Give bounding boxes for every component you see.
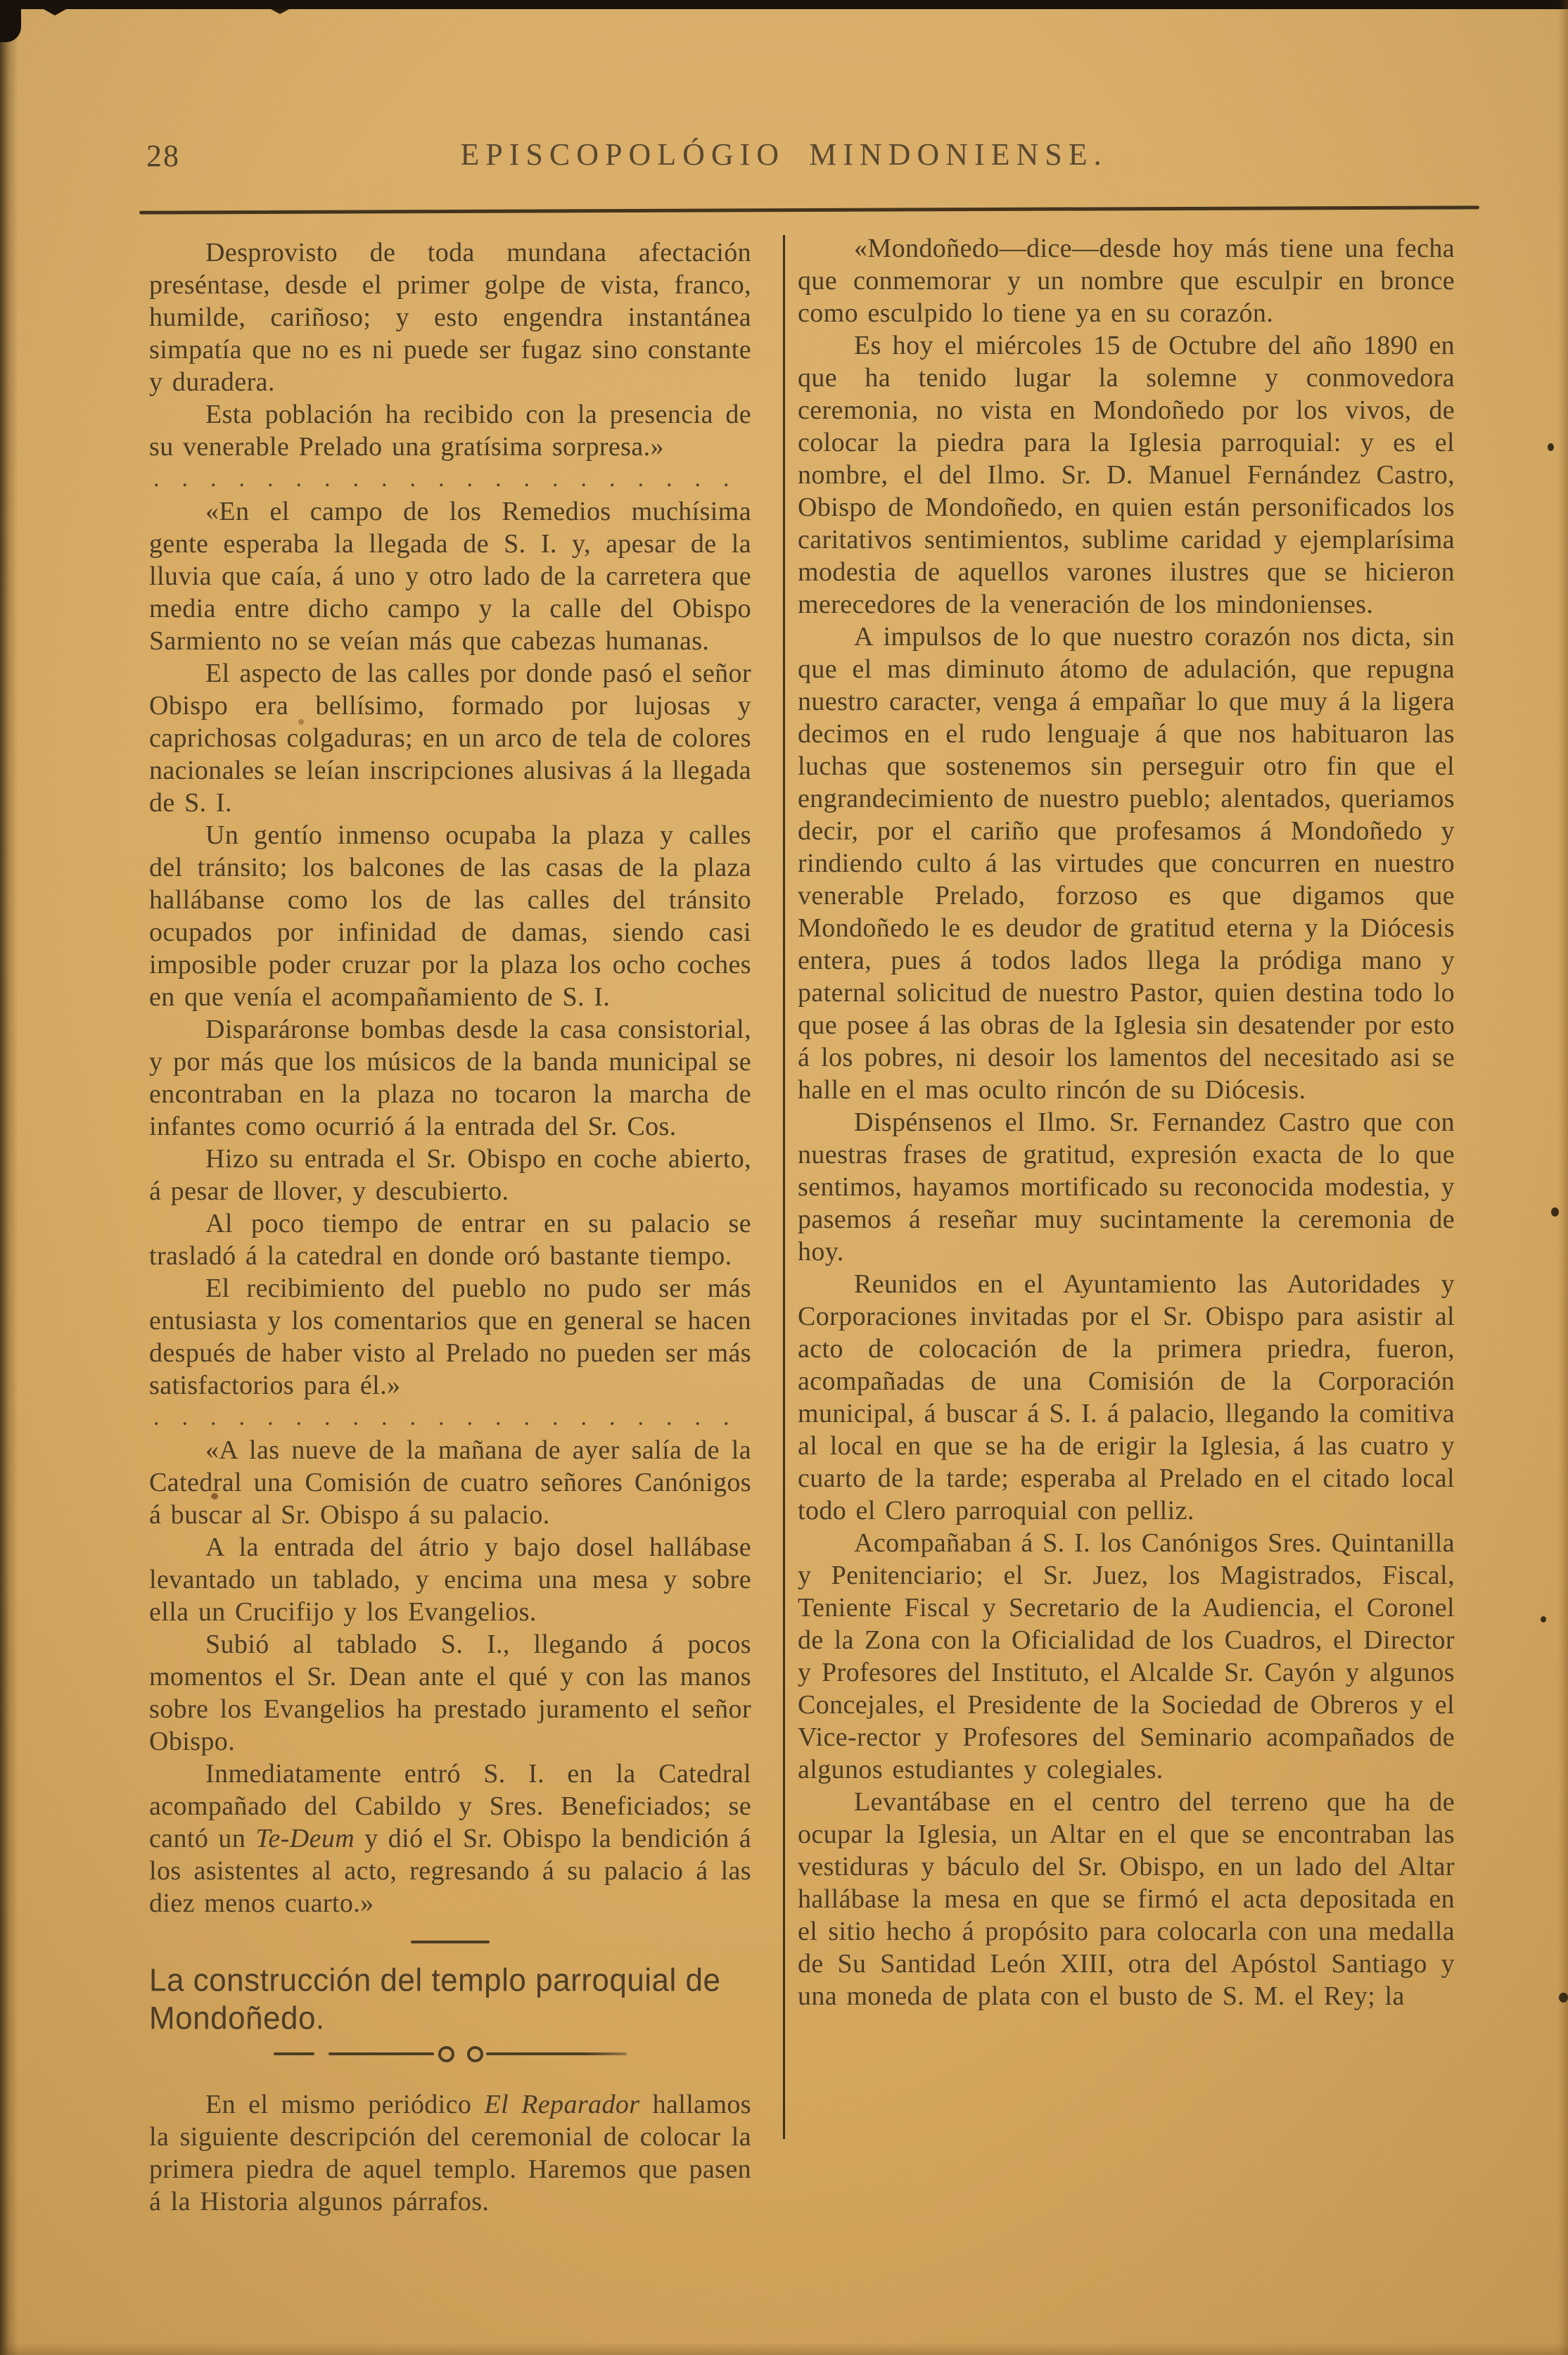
text-run: Dispénsenos el Ilmo. Sr. Fernandez Castr… — [798, 1107, 1455, 1267]
text-run: El aspecto de las calles por donde pasó … — [149, 659, 751, 818]
text-run: Disparáronse bombas desde la casa consis… — [149, 1015, 751, 1141]
text-run: El recibimiento del pueblo no pudo ser m… — [149, 1274, 751, 1400]
text-run: Acompañaban á S. I. los Canónigos Sres. … — [798, 1528, 1455, 1784]
paragraph: Es hoy el miércoles 15 de Octubre del añ… — [798, 329, 1455, 621]
scan-speck — [1559, 1993, 1568, 2002]
ornament-ring — [438, 2046, 454, 2062]
italic-phrase: El Reparador — [484, 2090, 639, 2119]
paragraph: Al poco tiempo de entrar en su palacio s… — [149, 1207, 751, 1272]
text-run: «Mondoñedo—dice—desde hoy más tiene una … — [798, 234, 1455, 328]
running-header-title: EPISCOPOLÓGIO MINDONIENSE. — [0, 137, 1568, 172]
scan-top-edge — [0, 0, 1568, 9]
scan-speck — [211, 1493, 218, 1499]
paragraph: Dispénsenos el Ilmo. Sr. Fernandez Castr… — [798, 1106, 1455, 1268]
text-run: Es hoy el miércoles 15 de Octubre del añ… — [798, 331, 1455, 619]
column-divider-rule — [783, 235, 785, 2139]
scan-speck — [1548, 443, 1554, 451]
scan-bottom-edge — [0, 2342, 1568, 2355]
paragraph: En el mismo periódico El Reparador halla… — [149, 2088, 751, 2218]
header-rule — [139, 205, 1479, 214]
scan-corner-shadow — [0, 0, 21, 42]
text-run: Subió al tablado S. I., llegando á pocos… — [149, 1630, 751, 1756]
paragraph: «En el campo de los Remedios muchísima g… — [149, 495, 751, 657]
paragraph: Acompañaban á S. I. los Canónigos Sres. … — [798, 1527, 1455, 1786]
dotted-separator: ...................... — [149, 463, 751, 495]
paragraph: Reunidos en el Ayuntamiento las Autorida… — [798, 1268, 1455, 1527]
text-run: En el mismo periódico — [205, 2090, 484, 2119]
ornament-dash — [329, 2052, 434, 2055]
short-section-rule — [411, 1941, 490, 1943]
text-run: Esta población ha recibido con la presen… — [149, 400, 751, 462]
text-run: «A las nueve de la mañana de ayer salía … — [149, 1435, 751, 1530]
paragraph: Disparáronse bombas desde la casa consis… — [149, 1013, 751, 1143]
scan-speck — [1541, 1616, 1546, 1623]
paragraph: «Mondoñedo—dice—desde hoy más tiene una … — [798, 232, 1455, 329]
section-heading: La construcción del templo parroquial de… — [149, 1962, 751, 2038]
text-run: Levantábase en el centro del terreno que… — [798, 1787, 1455, 2011]
italic-phrase: Te-Deum — [255, 1824, 355, 1853]
text-run: Reunidos en el Ayuntamiento las Autorida… — [798, 1269, 1455, 1525]
paragraph: El aspecto de las calles por donde pasó … — [149, 657, 751, 819]
paragraph: «A las nueve de la mañana de ayer salía … — [149, 1434, 751, 1531]
paragraph: A impulsos de lo que nuestro corazón nos… — [798, 621, 1455, 1106]
left-text-column: Desprovisto de toda mundana afectación p… — [149, 236, 751, 2218]
paragraph: Inmediatamente entró S. I. en la Catedra… — [149, 1758, 751, 1919]
dotted-separator: ...................... — [149, 1402, 751, 1434]
text-run: A la entrada del átrio y bajo dosel hall… — [149, 1532, 751, 1627]
ornament-dash — [486, 2052, 627, 2055]
ornament-ring — [467, 2046, 483, 2062]
scan-speck — [1551, 1207, 1559, 1217]
paragraph: Subió al tablado S. I., llegando á pocos… — [149, 1628, 751, 1758]
paragraph: Hizo su entrada el Sr. Obispo en coche a… — [149, 1143, 751, 1207]
paragraph: Un gentío inmenso ocupaba la plaza y cal… — [149, 819, 751, 1013]
paragraph: Levantábase en el centro del terreno que… — [798, 1786, 1455, 2012]
text-run: Un gentío inmenso ocupaba la plaza y cal… — [149, 820, 751, 1012]
text-run: A impulsos de lo que nuestro corazón nos… — [798, 622, 1455, 1105]
text-run: Desprovisto de toda mundana afectación p… — [149, 238, 751, 397]
text-run: «En el campo de los Remedios muchísima g… — [149, 497, 751, 656]
right-text-column: «Mondoñedo—dice—desde hoy más tiene una … — [798, 232, 1455, 2012]
ornament-dash — [274, 2052, 314, 2055]
scan-left-edge — [0, 0, 18, 2355]
text-run: Hizo su entrada el Sr. Obispo en coche a… — [149, 1144, 751, 1206]
scanned-book-page: 28 EPISCOPOLÓGIO MINDONIENSE. Desprovist… — [0, 0, 1568, 2355]
paragraph: A la entrada del átrio y bajo dosel hall… — [149, 1531, 751, 1628]
paragraph: Desprovisto de toda mundana afectación p… — [149, 236, 751, 398]
paragraph: Esta población ha recibido con la presen… — [149, 398, 751, 463]
paragraph: El recibimiento del pueblo no pudo ser m… — [149, 1272, 751, 1402]
ornamental-rule — [149, 2048, 751, 2060]
text-run: Al poco tiempo de entrar en su palacio s… — [149, 1209, 751, 1271]
scan-speck — [298, 719, 304, 725]
